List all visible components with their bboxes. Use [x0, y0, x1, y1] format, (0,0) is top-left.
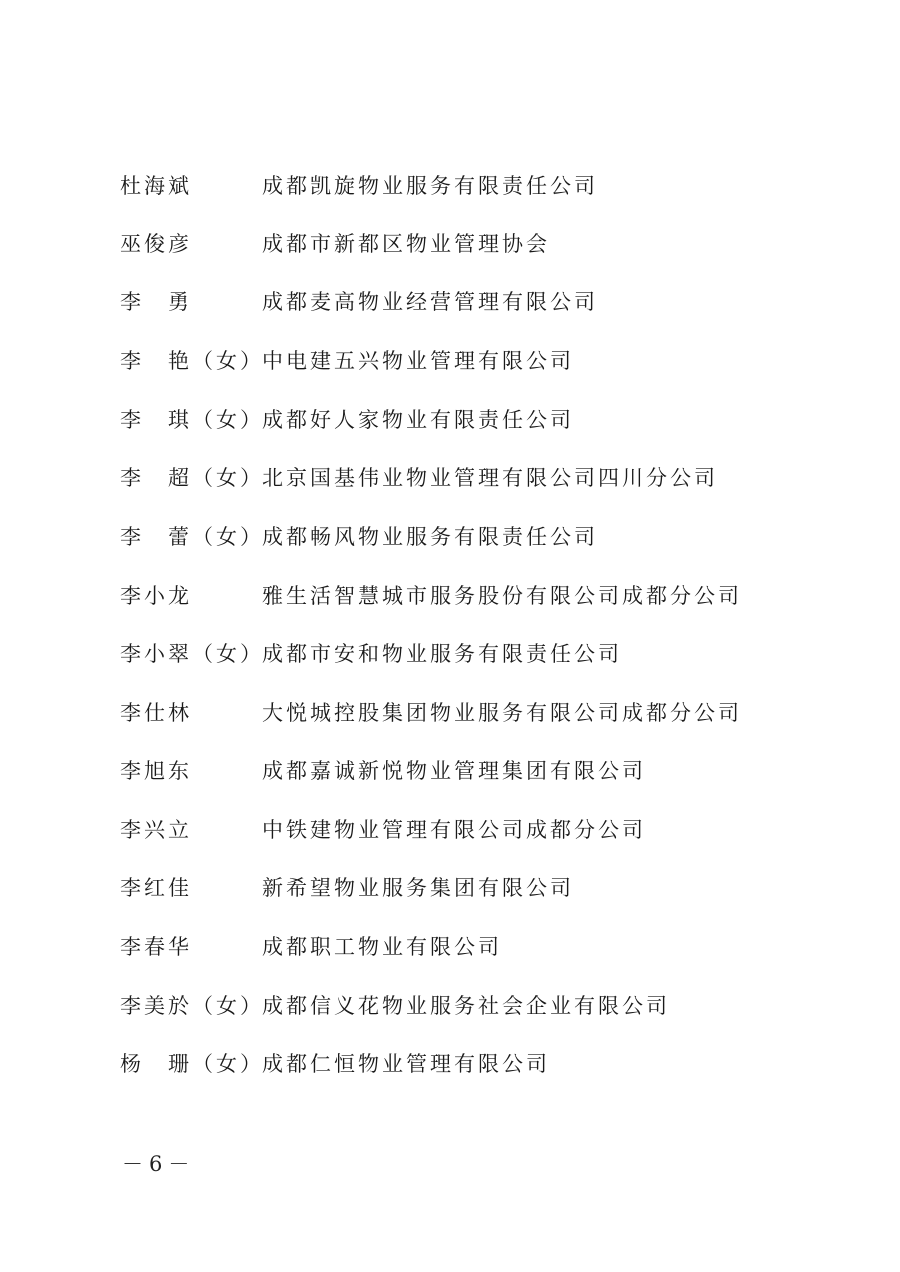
person-name: 杜海斌: [120, 166, 260, 206]
person-name: 李仕林: [120, 693, 260, 733]
organization: 中铁建物业管理有限公司成都分公司: [262, 810, 646, 850]
organization: 大悦城控股集团物业服务有限公司成都分公司: [262, 693, 742, 733]
organization: 新希望物业服务集团有限公司: [262, 868, 574, 908]
organization: 成都嘉诚新悦物业管理集团有限公司: [262, 751, 646, 791]
person-name: 李旭东: [120, 751, 260, 791]
organization: 成都麦高物业经营管理有限公司: [262, 282, 598, 322]
organization: 成都畅风物业服务有限责任公司: [262, 517, 598, 557]
organization: 成都信义花物业服务社会企业有限公司: [262, 986, 670, 1026]
person-name: 李红佳: [120, 868, 260, 908]
person-name: 李 艳（女）: [120, 341, 260, 381]
person-name: 李兴立: [120, 810, 260, 850]
organization: 雅生活智慧城市服务股份有限公司成都分公司: [262, 576, 742, 616]
person-name: 李春华: [120, 927, 260, 967]
organization: 成都市新都区物业管理协会: [262, 224, 550, 264]
organization: 中电建五兴物业管理有限公司: [262, 341, 574, 381]
organization: 成都好人家物业有限责任公司: [262, 400, 574, 440]
person-name: 杨 珊（女）: [120, 1044, 260, 1084]
organization: 成都凯旋物业服务有限责任公司: [262, 166, 598, 206]
person-name: 李 超（女）: [120, 458, 260, 498]
person-name: 李小龙: [120, 576, 260, 616]
person-name: 李美於（女）: [120, 986, 260, 1026]
person-name: 李 琪（女）: [120, 400, 260, 440]
organization: 成都职工物业有限公司: [262, 927, 502, 967]
person-name: 李 蕾（女）: [120, 517, 260, 557]
organization: 成都市安和物业服务有限责任公司: [262, 634, 622, 674]
person-name: 巫俊彦: [120, 224, 260, 264]
organization: 成都仁恒物业管理有限公司: [262, 1044, 550, 1084]
person-name: 李小翠（女）: [120, 634, 260, 674]
organization: 北京国基伟业物业管理有限公司四川分公司: [262, 458, 718, 498]
page-number: －6－: [122, 1148, 195, 1178]
person-name: 李 勇: [120, 282, 260, 322]
